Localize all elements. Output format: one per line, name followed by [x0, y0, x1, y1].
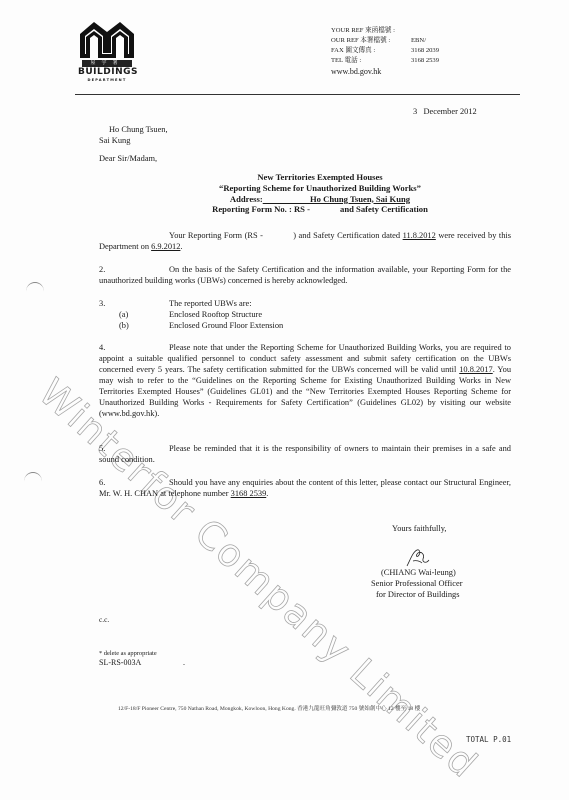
header-rule: [75, 94, 520, 95]
paragraph-number: 3.: [99, 298, 169, 309]
paragraph-number: 5.: [99, 443, 169, 454]
recipient-line-1: Ho Chung Tsuen,: [109, 124, 168, 135]
received-date: 6.9.2012: [151, 242, 180, 251]
paragraph-number: 2.: [99, 264, 169, 275]
p6-text-b: .: [266, 489, 268, 498]
buildings-department-logo: 屋宇署 BUILDINGS DEPARTMENT: [78, 20, 136, 90]
logo-chinese-name: 屋宇署: [82, 60, 132, 67]
ref-value: EBN/: [411, 36, 426, 46]
subject-heading: New Territories Exempted Houses “Reporti…: [120, 172, 520, 215]
letter-date: 3 December 2012: [413, 106, 477, 117]
p1-text-a: Your Reporting Form (RS -: [169, 231, 263, 240]
heading-address: Address: Ho Chung Tsuen, Sai Kung: [120, 194, 520, 205]
ref-label: YOUR REF 來函檔號 :: [331, 26, 411, 36]
form-code: SL-RS-003A: [99, 657, 141, 668]
footer-address: 12/F-18/F Pioneer Centre, 750 Nathan Roa…: [118, 704, 420, 715]
paragraph-3: 3.The reported UBWs are: (a)Enclosed Roo…: [99, 298, 511, 331]
address-blank: [263, 194, 310, 204]
signatory-for: for Director of Buildings: [376, 589, 460, 600]
ref-row-fax: FAX 圖文傳真 :3168 2039: [331, 46, 439, 56]
reference-block: YOUR REF 來函檔號 : OUR REF 本署檔號 :EBN/ FAX 圖…: [331, 26, 439, 77]
house-logo-icon: [78, 20, 136, 60]
signatory-title: Senior Professional Officer: [371, 578, 462, 589]
address-value: Ho Chung Tsuen, Sai Kung: [310, 194, 410, 204]
form-suffix: and Safety Certification: [340, 204, 428, 214]
p1-text-b: ) and Safety Certification dated: [293, 231, 400, 240]
logo-subtitle: DEPARTMENT: [78, 78, 136, 82]
salutation: Dear Sir/Madam,: [99, 153, 157, 164]
logo-name: BUILDINGS: [78, 67, 136, 77]
form-label: Reporting Form No. : RS -: [212, 204, 310, 214]
paragraph-6: 6.Should you have any enquiries about th…: [99, 477, 511, 499]
item-label: (b): [119, 320, 169, 331]
ref-label: FAX 圖文傳真 :: [331, 46, 411, 56]
p1-text-d: .: [180, 242, 182, 251]
ubw-item-b: (b)Enclosed Ground Floor Extension: [99, 320, 511, 331]
paragraph-4: 4.Please note that under the Reporting S…: [99, 342, 511, 419]
heading-form-no: Reporting Form No. : RS - and Safety Cer…: [120, 204, 520, 215]
punch-hole-mark: [24, 472, 42, 491]
paragraph-5: 5.Please be reminded that it is the resp…: [99, 443, 511, 465]
ref-value: 3168 2539: [411, 56, 439, 66]
paragraph-number: 6.: [99, 477, 169, 488]
valediction: Yours faithfully,: [392, 523, 446, 534]
item-text: Enclosed Ground Floor Extension: [169, 321, 283, 330]
valid-until-date: 10.8.2017: [459, 365, 493, 374]
ref-label: OUR REF 本署檔號 :: [331, 36, 411, 46]
stray-dot: .: [183, 657, 185, 668]
p3-text: The reported UBWs are:: [169, 299, 252, 308]
ref-value: 3168 2039: [411, 46, 439, 56]
date-month-year: December 2012: [423, 107, 476, 116]
fax-page-total: TOTAL P.01: [466, 734, 511, 745]
ref-row-tel: TEL 電話 :3168 2539: [331, 56, 439, 66]
cc-label: c.c.: [99, 614, 109, 625]
date-day: 3: [413, 107, 417, 116]
paragraph-1: Your Reporting Form (RS - ) and Safety C…: [99, 230, 511, 252]
ref-row-our: OUR REF 本署檔號 :EBN/: [331, 36, 439, 46]
ref-label: TEL 電話 :: [331, 56, 411, 66]
ref-row-your: YOUR REF 來函檔號 :: [331, 26, 439, 36]
heading-line-1: New Territories Exempted Houses: [120, 172, 520, 183]
ubw-item-a: (a)Enclosed Rooftop Structure: [99, 309, 511, 320]
address-label: Address:: [230, 194, 263, 204]
contact-phone: 3168 2539: [231, 489, 267, 498]
item-label: (a): [119, 309, 169, 320]
item-text: Enclosed Rooftop Structure: [169, 310, 262, 319]
paragraph-number: 4.: [99, 342, 169, 353]
punch-hole-mark: [26, 282, 44, 301]
certification-date: 11.8.2012: [403, 231, 436, 240]
website-link[interactable]: www.bd.gov.hk: [331, 67, 439, 77]
paragraph-2: 2.On the basis of the Safety Certificati…: [99, 264, 511, 286]
signatory-name: (CHIANG Wai-leung): [381, 567, 456, 578]
recipient-line-2: Sai Kung: [99, 135, 130, 146]
heading-line-2: “Reporting Scheme for Unauthorized Build…: [120, 183, 520, 194]
